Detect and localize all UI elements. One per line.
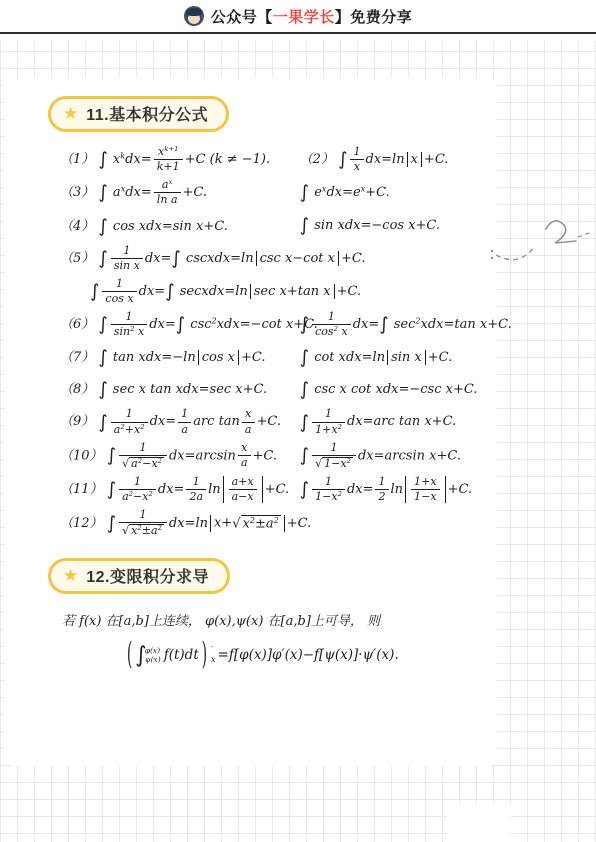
formula-row: （5） ∫1sin xdx=∫ cscxdx=lncsc x−cot x+C. — [60, 245, 488, 272]
formula-right: （2） ∫1xdx=lnx+C. — [300, 146, 488, 173]
brand-name: 一果学长 — [273, 9, 335, 26]
formula-row: （12） ∫1√x2±a2dx=lnx+√x2±a2+C. — [60, 509, 488, 537]
formula-left: （6） ∫1sin2 xdx=∫ csc2xdx=−cot x+C. — [60, 311, 300, 338]
section-11-title: 11.基本积分公式 — [86, 102, 208, 125]
section-12: ★ 12.变限积分求导 若 f(x) 在[a,b]上连续， φ(x),ψ(x) … — [48, 558, 487, 668]
section-12-title: 12.变限积分求导 — [86, 564, 209, 587]
formula-row: （11） ∫1a2−x2dx=12alna+xa−x+C.∫11−x2dx=12… — [60, 476, 488, 503]
formula-left: （12） ∫1√x2±a2dx=lnx+√x2±a2+C. — [60, 516, 311, 531]
formula-row: ∫1cos xdx=∫ secxdx=lnsec x+tan x+C. — [60, 278, 488, 305]
content-sheet: ★ 11.基本积分公式 （1） ∫ xkdx=xk+1k+1+C (k ≠ −1… — [4, 78, 497, 766]
section-12-intro: 若 f(x) 在[a,b]上连续， φ(x),ψ(x) 在[a,b]上可导， 则 — [62, 610, 487, 629]
header: 公众号【一果学长】免费分享 — [0, 0, 596, 34]
formula-row: （1） ∫ xkdx=xk+1k+1+C (k ≠ −1).（2） ∫1xdx=… — [60, 146, 488, 173]
formula-left: （8） ∫ sec x tan xdx=sec x+C. — [60, 378, 300, 400]
formula-right: ∫1cos2 xdx=∫ sec2xdx=tan x+C. — [300, 311, 488, 338]
formula-left: （1） ∫ xkdx=xk+1k+1+C (k ≠ −1). — [60, 146, 300, 173]
formula-left: （11） ∫1a2−x2dx=12alna+xa−x+C. — [60, 476, 300, 503]
page-root: 公众号【一果学长】免费分享 一果学长 ★ 11.基本积分公式 （1） ∫ xkd… — [0, 0, 596, 842]
formula-row: （10） ∫1√a2−x2dx=arcsinxa+C.∫1√1−x2dx=arc… — [60, 442, 488, 470]
formula-row: （8） ∫ sec x tan xdx=sec x+C.∫ csc x cot … — [60, 376, 488, 402]
section-11-pill: ★ 11.基本积分公式 — [48, 96, 229, 132]
header-strip — [0, 34, 596, 41]
formula-row: （4） ∫ cos xdx=sin x+C.∫ sin xdx=−cos x+C… — [60, 213, 488, 239]
formula-row: （6） ∫1sin2 xdx=∫ csc2xdx=−cot x+C.∫1cos2… — [60, 311, 488, 338]
formula-right: ∫ exdx=ex+C. — [300, 182, 488, 203]
header-title-suffix: 】免费分享 — [335, 9, 413, 26]
doodle-sketch-icon — [488, 203, 594, 275]
avatar-hair — [186, 8, 202, 16]
white-patch — [447, 804, 511, 842]
formula-left: （9） ∫1a2+x2dx=1aarc tanxa+C. — [60, 408, 300, 435]
formula-row: （3） ∫ axdx=axln a+C.∫ exdx=ex+C. — [60, 179, 488, 206]
formula-right: ∫11+x2dx=arc tan x+C. — [300, 408, 488, 435]
section-12-pill: ★ 12.变限积分求导 — [48, 558, 230, 594]
formula-right: ∫ csc x cot xdx=−csc x+C. — [300, 379, 488, 400]
formula-left: （3） ∫ axdx=axln a+C. — [60, 179, 300, 206]
formula-left: （4） ∫ cos xdx=sin x+C. — [60, 215, 300, 237]
formula-left: （5） ∫1sin xdx=∫ cscxdx=lncsc x−cot x+C. — [60, 251, 365, 266]
formula-left: ∫1cos xdx=∫ secxdx=lnsec x+tan x+C. — [60, 284, 361, 299]
formula-row: （7） ∫ tan xdx=−lncos x+C.∫ cot xdx=lnsin… — [60, 344, 488, 370]
star-icon: ★ — [63, 567, 78, 584]
formula-right: ∫ sin xdx=−cos x+C. — [300, 215, 488, 236]
formula-row: （9） ∫1a2+x2dx=1aarc tanxa+C.∫11+x2dx=arc… — [60, 408, 488, 435]
formula-rows: （1） ∫ xkdx=xk+1k+1+C (k ≠ −1).（2） ∫1xdx=… — [60, 146, 488, 538]
formula-right: ∫1√1−x2dx=arcsin x+C. — [300, 442, 488, 470]
star-icon: ★ — [63, 105, 78, 122]
header-avatar-icon — [184, 6, 204, 26]
header-title-prefix: 公众号【 — [211, 9, 273, 26]
formula-left: （7） ∫ tan xdx=−lncos x+C. — [60, 346, 300, 368]
formula-right: ∫ cot xdx=lnsin x+C. — [300, 347, 488, 368]
formula-right: ∫11−x2dx=12ln1+x1−x+C. — [300, 476, 488, 503]
variable-limit-formula: (∫φ(x)ψ(x)f(t)dt)′x=f[φ(x)]φ′(x)−f[ψ(x)]… — [124, 643, 487, 668]
formula-left: （10） ∫1√a2−x2dx=arcsinxa+C. — [60, 442, 300, 470]
header-title: 公众号【一果学长】免费分享 — [211, 6, 413, 27]
